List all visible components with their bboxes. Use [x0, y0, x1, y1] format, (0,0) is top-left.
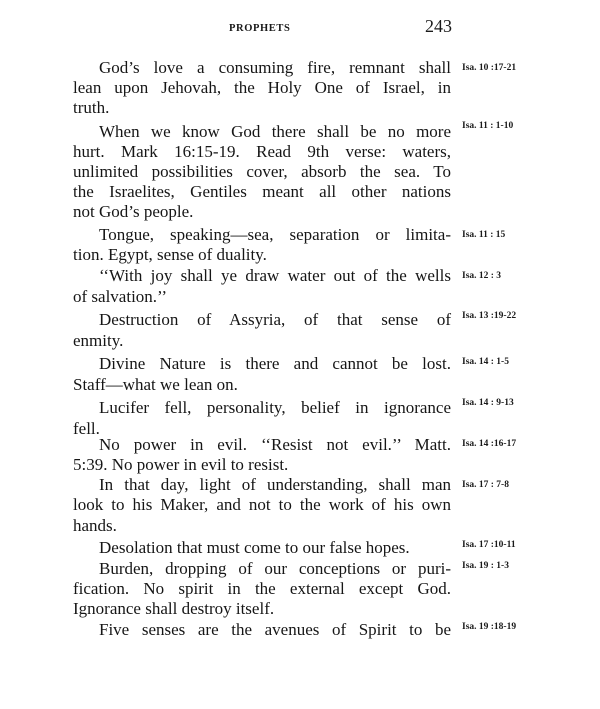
text-line: of salvation.’’ — [73, 287, 451, 307]
text-line: lean upon Jehovah, the Holy One of Israe… — [73, 78, 451, 98]
margin-reference: Isa. 14 :16-17 — [462, 437, 516, 451]
text-line: When we know God there shall be no more — [99, 122, 451, 142]
text-line: Ignorance shall destroy itself. — [73, 599, 451, 619]
text-line: hands. — [73, 516, 451, 536]
text-line: unlimited possibilities cover, absorb th… — [73, 162, 451, 182]
text-line: Destruction of Assyria, of that sense of — [99, 310, 451, 330]
text-line: In that day, light of understanding, sha… — [99, 475, 451, 495]
text-line: the Israelites, Gentiles meant all other… — [73, 182, 451, 202]
text-line: Lucifer fell, personality, belief in ign… — [99, 398, 451, 418]
text-line: 5:39. No power in evil to resist. — [73, 455, 451, 475]
margin-reference: Isa. 13 :19-22 — [462, 309, 516, 323]
margin-reference: Isa. 11 : 15 — [462, 228, 505, 242]
text-line: enmity. — [73, 331, 451, 351]
margin-reference: Isa. 11 : 1-10 — [462, 119, 513, 133]
running-title: PROPHETS — [229, 23, 290, 34]
text-line: hurt. Mark 16:15-19. Read 9th verse: wat… — [73, 142, 451, 162]
book-page: PROPHETS 243 Isa. 10 :17-21 God’s love a… — [0, 0, 600, 709]
margin-reference: Isa. 19 : 1-3 — [462, 559, 509, 573]
text-line: Five senses are the avenues of Spirit to… — [99, 620, 451, 640]
margin-reference: Isa. 17 :10-11 — [462, 538, 516, 552]
text-line: Desolation that must come to our false h… — [99, 538, 451, 558]
margin-reference: Isa. 14 : 9-13 — [462, 396, 514, 410]
margin-reference: Isa. 12 : 3 — [462, 269, 501, 283]
text-line: not God’s people. — [73, 202, 451, 222]
margin-reference: Isa. 10 :17-21 — [462, 61, 516, 75]
running-head: PROPHETS 243 — [0, 0, 600, 50]
text-line: God’s love a consuming fire, remnant sha… — [99, 58, 451, 78]
text-line: No power in evil. ‘‘Resist not evil.’’ M… — [99, 435, 451, 455]
text-line: fication. No spirit in the external exce… — [73, 579, 451, 599]
page-number: 243 — [420, 16, 452, 37]
text-line: Burden, dropping of our conceptions or p… — [99, 559, 451, 579]
text-line: Divine Nature is there and cannot be los… — [99, 354, 451, 374]
text-line: ‘‘With joy shall ye draw water out of th… — [99, 266, 451, 286]
margin-reference: Isa. 17 : 7-8 — [462, 478, 509, 492]
text-line: truth. — [73, 98, 451, 118]
text-line: look to his Maker, and not to the work o… — [73, 495, 451, 515]
text-line: Tongue, speaking—sea, separation or limi… — [99, 225, 451, 245]
text-line: Staff—what we lean on. — [73, 375, 451, 395]
margin-reference: Isa. 19 :18-19 — [462, 620, 516, 634]
margin-reference: Isa. 14 : 1-5 — [462, 355, 509, 369]
text-line: tion. Egypt, sense of duality. — [73, 245, 451, 265]
